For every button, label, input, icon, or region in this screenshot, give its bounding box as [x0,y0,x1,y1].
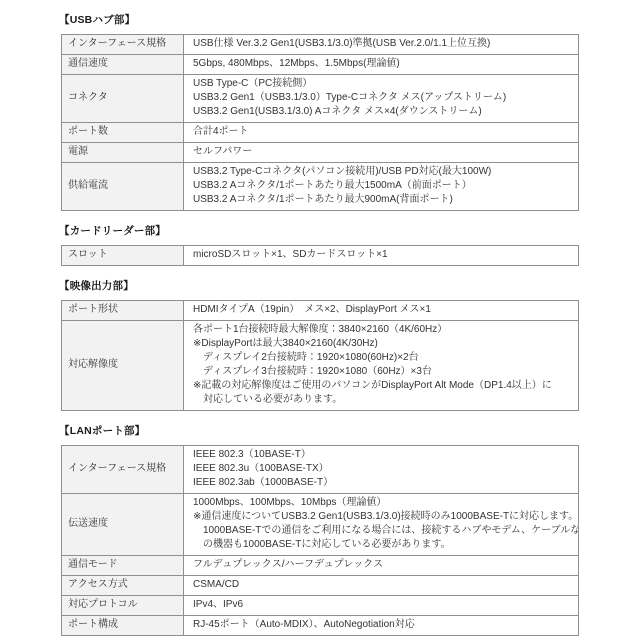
spec-value: USB仕様 Ver.3.2 Gen1(USB3.1/3.0)準拠(USB Ver… [184,35,579,55]
table-row: スロット microSDスロット×1、SDカードスロット×1 [62,246,579,266]
section-lan-port: 【LANポート部】 インターフェース規格 IEEE 802.3（10BASE-T… [61,424,579,636]
table-row: アクセス方式 CSMA/CD [62,576,579,596]
spec-table-card-reader: スロット microSDスロット×1、SDカードスロット×1 [61,245,579,266]
table-row: インターフェース規格 IEEE 802.3（10BASE-T）IEEE 802.… [62,446,579,494]
section-title-card-reader: 【カードリーダー部】 [59,224,579,238]
spec-value: USB Type-C（PC接続側）USB3.2 Gen1（USB3.1/3.0）… [184,75,579,123]
spec-label: ポート構成 [62,616,184,636]
table-row: ポート数 合計4ポート [62,123,579,143]
spec-value: HDMIタイプA（19pin） メス×2、DisplayPort メス×1 [184,301,579,321]
table-row: コネクタ USB Type-C（PC接続側）USB3.2 Gen1（USB3.1… [62,75,579,123]
spec-label: 供給電流 [62,163,184,211]
spec-label: 通信モード [62,556,184,576]
spec-label: インターフェース規格 [62,446,184,494]
spec-label: 伝送速度 [62,494,184,556]
spec-label: ポート数 [62,123,184,143]
table-row: 対応プロトコル IPv4、IPv6 [62,596,579,616]
table-row: 供給電流 USB3.2 Type-Cコネクタ(パソコン接続用)/USB PD対応… [62,163,579,211]
section-title-usb-hub: 【USBハブ部】 [59,13,579,27]
spec-value: セルフパワー [184,143,579,163]
spec-value: 各ポート1台接続時最大解像度：3840×2160（4K/60Hz）※Displa… [184,321,579,411]
table-row: 電源 セルフパワー [62,143,579,163]
spec-label: 電源 [62,143,184,163]
table-row: インターフェース規格 USB仕様 Ver.3.2 Gen1(USB3.1/3.0… [62,35,579,55]
spec-label: 通信速度 [62,55,184,75]
table-row: ポート形状 HDMIタイプA（19pin） メス×2、DisplayPort メ… [62,301,579,321]
spec-value: USB3.2 Type-Cコネクタ(パソコン接続用)/USB PD対応(最大10… [184,163,579,211]
spec-value: 5Gbps, 480Mbps、12Mbps、1.5Mbps(理論値) [184,55,579,75]
spec-value: IEEE 802.3（10BASE-T）IEEE 802.3u（100BASE-… [184,446,579,494]
spec-label: 対応プロトコル [62,596,184,616]
section-video-output: 【映像出力部】 ポート形状 HDMIタイプA（19pin） メス×2、Displ… [61,279,579,411]
section-title-video-output: 【映像出力部】 [59,279,579,293]
spec-label: スロット [62,246,184,266]
spec-table-video-output: ポート形状 HDMIタイプA（19pin） メス×2、DisplayPort メ… [61,300,579,411]
spec-value: microSDスロット×1、SDカードスロット×1 [184,246,579,266]
spec-value: 合計4ポート [184,123,579,143]
spec-label: ポート形状 [62,301,184,321]
spec-value: フルデュプレックス/ハーフデュプレックス [184,556,579,576]
spec-label: コネクタ [62,75,184,123]
spec-label: アクセス方式 [62,576,184,596]
spec-value: IPv4、IPv6 [184,596,579,616]
spec-label: 対応解像度 [62,321,184,411]
spec-value: 1000Mbps、100Mbps、10Mbps（理論値）※通信速度についてUSB… [184,494,579,556]
spec-value: CSMA/CD [184,576,579,596]
section-usb-hub: 【USBハブ部】 インターフェース規格 USB仕様 Ver.3.2 Gen1(U… [61,13,579,211]
section-title-lan-port: 【LANポート部】 [59,424,579,438]
spec-table-usb-hub: インターフェース規格 USB仕様 Ver.3.2 Gen1(USB3.1/3.0… [61,34,579,211]
section-card-reader: 【カードリーダー部】 スロット microSDスロット×1、SDカードスロット×… [61,224,579,266]
spec-table-lan-port: インターフェース規格 IEEE 802.3（10BASE-T）IEEE 802.… [61,445,579,636]
spec-value: RJ-45ポート（Auto-MDIX）、AutoNegotiation対応 [184,616,579,636]
table-row: 対応解像度 各ポート1台接続時最大解像度：3840×2160（4K/60Hz）※… [62,321,579,411]
table-row: 通信モード フルデュプレックス/ハーフデュプレックス [62,556,579,576]
table-row: ポート構成 RJ-45ポート（Auto-MDIX）、AutoNegotiatio… [62,616,579,636]
spec-label: インターフェース規格 [62,35,184,55]
table-row: 伝送速度 1000Mbps、100Mbps、10Mbps（理論値）※通信速度につ… [62,494,579,556]
spec-document: 【USBハブ部】 インターフェース規格 USB仕様 Ver.3.2 Gen1(U… [0,0,640,640]
table-row: 通信速度 5Gbps, 480Mbps、12Mbps、1.5Mbps(理論値) [62,55,579,75]
